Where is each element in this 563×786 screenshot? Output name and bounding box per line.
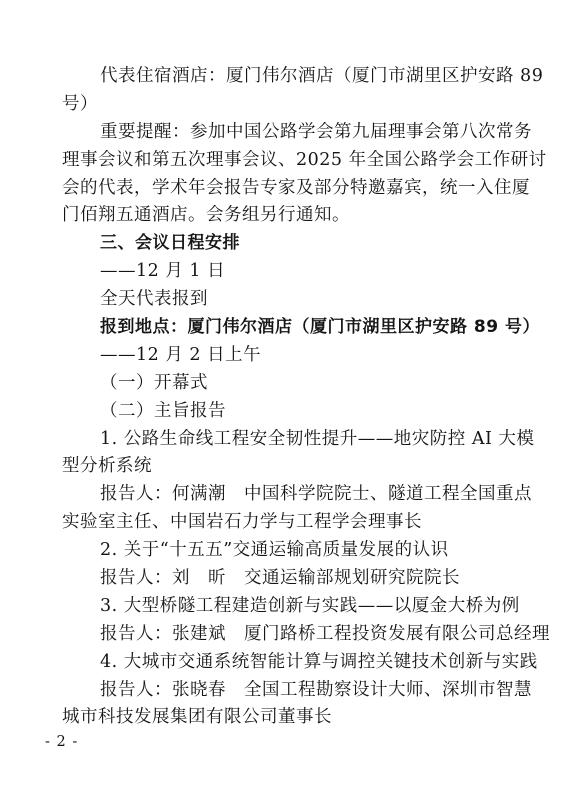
text-line: 门佰翔五通酒店。会务组另行通知。 bbox=[62, 202, 486, 230]
heading-line: 报到地点：厦门伟尔酒店（厦门市湖里区护安路 89 号） bbox=[62, 314, 486, 342]
text-line: 报告人：张晓春 全国工程勘察设计大师、深圳市智慧 bbox=[62, 677, 486, 705]
text-line: 报告人：张建斌 厦门路桥工程投资发展有限公司总经理 bbox=[62, 621, 486, 649]
text-line: 1. 公路生命线工程安全韧性提升——地灾防控 AI 大模 bbox=[62, 426, 486, 454]
text-line: 重要提醒：参加中国公路学会第九届理事会第八次常务 bbox=[62, 119, 486, 147]
text-line: 代表住宿酒店：厦门伟尔酒店（厦门市湖里区护安路 89 bbox=[62, 63, 486, 91]
text-line: 会的代表，学术年会报告专家及部分特邀嘉宾，统一入住厦 bbox=[62, 175, 486, 203]
text-line: 城市科技发展集团有限公司董事长 bbox=[62, 704, 486, 732]
text-line: 2. 关于“十五五”交通运输高质量发展的认识 bbox=[62, 537, 486, 565]
text-line: （一）开幕式 bbox=[62, 370, 486, 398]
text-line: 型分析系统 bbox=[62, 453, 486, 481]
text-line: 全天代表报到 bbox=[62, 286, 486, 314]
text-line: （二）主旨报告 bbox=[62, 398, 486, 426]
text-line: 4. 大城市交通系统智能计算与调控关键技术创新与实践 bbox=[62, 649, 486, 677]
document-page: 代表住宿酒店：厦门伟尔酒店（厦门市湖里区护安路 89号）重要提醒：参加中国公路学… bbox=[0, 0, 563, 786]
page-number-footer: - 2 - bbox=[45, 732, 78, 752]
text-line: 报告人：何满潮 中国科学院院士、隧道工程全国重点 bbox=[62, 481, 486, 509]
text-line: 理事会议和第五次理事会议、2025 年全国公路学会工作研讨 bbox=[62, 147, 486, 175]
text-line: ——12 月 1 日 bbox=[62, 258, 486, 286]
text-line: 3. 大型桥隧工程建造创新与实践——以厦金大桥为例 bbox=[62, 593, 486, 621]
document-body: 代表住宿酒店：厦门伟尔酒店（厦门市湖里区护安路 89号）重要提醒：参加中国公路学… bbox=[62, 63, 486, 732]
heading-line: 三、会议日程安排 bbox=[62, 230, 486, 258]
text-line: 号） bbox=[62, 91, 486, 119]
text-line: ——12 月 2 日上午 bbox=[62, 342, 486, 370]
text-line: 报告人：刘 昕 交通运输部规划研究院院长 bbox=[62, 565, 486, 593]
text-line: 实验室主任、中国岩石力学与工程学会理事长 bbox=[62, 509, 486, 537]
